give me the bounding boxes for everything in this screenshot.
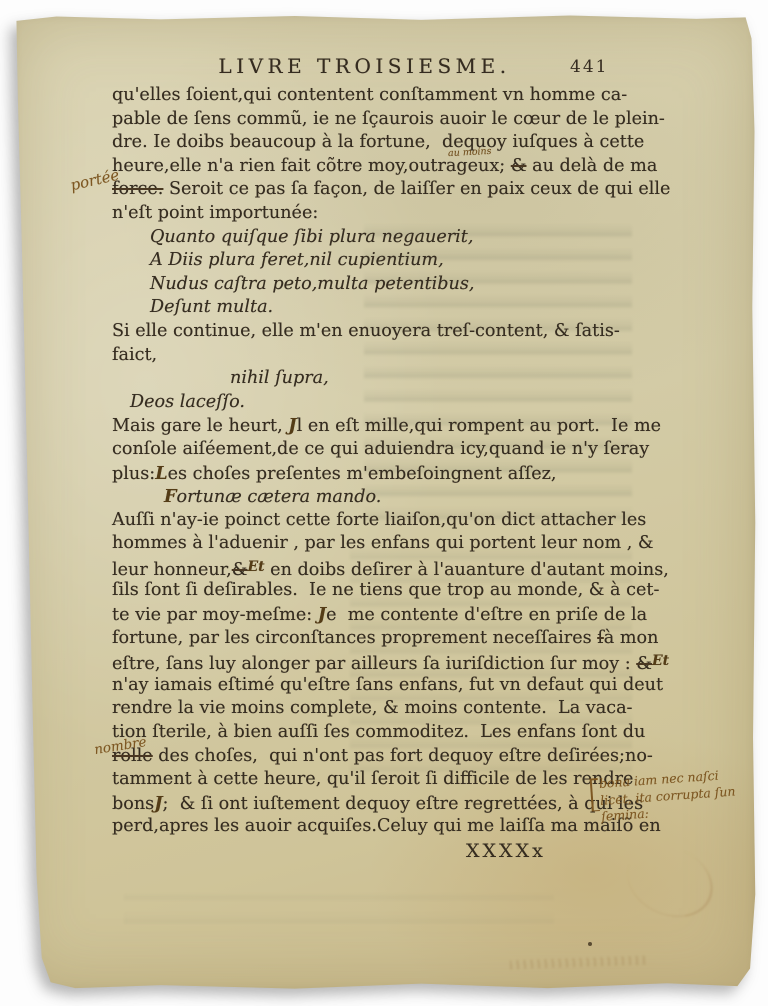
line-segment: eſtre, ſans luy alonger par ailleurs ſa … xyxy=(112,654,636,674)
line-segment: ortunæ cætera mando. xyxy=(177,487,382,507)
handwritten-correction: J xyxy=(154,793,162,814)
body-line: Auſſi n'ay-ie poinct cette forte liaiſon… xyxy=(112,509,624,533)
line-segment: bons xyxy=(112,794,154,814)
body-line: pable de ſens commũ, ie ne ſçaurois auoi… xyxy=(112,108,624,132)
ink-speck xyxy=(588,942,592,946)
handwritten-correction: Et xyxy=(247,559,264,575)
handwritten-correction: L xyxy=(155,463,167,484)
verso-bleedthrough xyxy=(124,894,554,934)
line-segment: à mon xyxy=(604,628,659,648)
handwritten-correction: J xyxy=(318,604,326,625)
gathering-signature: XXXXx xyxy=(466,840,624,864)
book-page: LIVRE TROISIESME. 441 qu'elles ſoient,qu… xyxy=(12,14,756,992)
running-header: LIVRE TROISIESME. 441 xyxy=(112,54,617,80)
faint-edge-scribble xyxy=(510,956,648,970)
body-line: force. Seroit ce pas ſa façon, de laiſſe… xyxy=(112,178,624,202)
line-segment: plus: xyxy=(112,464,155,484)
line-segment: e me contente d'eſtre en priſe de la xyxy=(326,605,647,625)
latin-verse-line: Deos laceſſo. xyxy=(112,391,624,415)
body-line: bonsJ; & ſi ont iuſtement dequoy eſtre r… xyxy=(112,792,624,816)
body-line: tion ſterile, à bien auſſi ſes commodite… xyxy=(112,721,624,745)
body-line: tamment à cette heure, qu'il ſeroit ſi d… xyxy=(112,768,624,792)
body-line: rendre la vie moins complete, & moins co… xyxy=(112,697,624,721)
body-line: conſole aiſéement,de ce qui aduiendra ic… xyxy=(112,438,624,462)
body-line: dre. Ie doibs beaucoup à la fortune, deq… xyxy=(112,131,624,155)
body-line: ſils ſont ſi deſirables. Ie ne tiens que… xyxy=(112,579,624,603)
body-line: Si elle continue, elle m'en enuoyera tre… xyxy=(112,320,624,344)
body-line: heure,elle n'a rien fait cõtre moy,outra… xyxy=(112,155,624,179)
line-segment: en doibs deſirer à l'auanture d'autant m… xyxy=(265,560,669,580)
scanned-book-photo: LIVRE TROISIESME. 441 qu'elles ſoient,qu… xyxy=(0,0,768,1006)
latin-verse-line: Fortunæ cætera mando. xyxy=(112,485,624,509)
line-segment: leur honneur, xyxy=(112,560,232,580)
handwritten-correction: J xyxy=(288,415,296,436)
line-segment: l en eſt mille,qui rompent au port. Ie m… xyxy=(297,416,661,436)
body-line: rolle des choſes, qui n'ont pas fort deq… xyxy=(112,745,624,769)
line-segment: ; & ſi ont iuſtement dequoy eſtre regret… xyxy=(163,794,644,814)
body-line: faict, xyxy=(112,344,624,368)
margin-annotation-latin: bona iam nec naſci licet, ita corrupta ſ… xyxy=(598,764,768,825)
line-segment: Seroit ce pas ſa façon, de laiſſer en pa… xyxy=(163,179,670,199)
latin-verse-line: Nudus caſtra peto,multa petentibus, xyxy=(112,273,624,297)
struck-word: & xyxy=(636,654,652,674)
latin-verse-line: Deſunt multa. xyxy=(112,296,624,320)
line-segment: Mais gare le heurt, xyxy=(112,416,288,436)
page-number: 441 xyxy=(570,57,608,77)
struck-word: & xyxy=(232,560,248,580)
faint-pen-flourish xyxy=(616,833,724,930)
body-line: perd,apres les auoir acquiſes.Celuy qui … xyxy=(112,815,624,839)
body-line: qu'elles ſoient,qui contentent conſtamme… xyxy=(112,84,624,108)
line-segment: des choſes, qui n'ont pas fort dequoy eſ… xyxy=(153,746,653,766)
printed-text-block: qu'elles ſoient,qui contentent conſtamme… xyxy=(112,84,624,864)
handwritten-correction: Et xyxy=(652,653,669,669)
body-line: hommes à l'aduenir , par les enfans qui … xyxy=(112,532,624,556)
body-line: eſtre, ſans luy alonger par ailleurs ſa … xyxy=(112,650,624,674)
line-segment: fortune, par les circonſtances propremen… xyxy=(112,628,597,648)
latin-verse-line: Quanto quiſque ſibi plura negauerit, xyxy=(112,226,624,250)
line-segment: es choſes preſentes m'embeſoingnent aſſe… xyxy=(168,464,557,484)
body-line: Mais gare le heurt, Jl en eſt mille,qui … xyxy=(112,414,624,438)
body-line: leur honneur,&Et en doibs deſirer à l'au… xyxy=(112,556,624,580)
latin-verse-line: nihil ſupra, xyxy=(112,367,624,391)
body-line: fortune, par les circonſtances propremen… xyxy=(112,627,624,651)
line-segment: te vie par moy-meſme: xyxy=(112,605,318,625)
line-segment: au delà de ma xyxy=(527,156,658,176)
book-title: LIVRE TROISIESME. xyxy=(112,54,617,78)
latin-verse-line: A Diis plura feret,nil cupientium, xyxy=(112,249,624,273)
body-line: te vie par moy-meſme: Je me contente d'e… xyxy=(112,603,624,627)
interlinear-annotation: au moins xyxy=(448,146,492,159)
struck-word: & xyxy=(511,156,527,176)
handwritten-correction: F xyxy=(164,486,177,507)
body-line: n'eſt point importunée: xyxy=(112,202,624,226)
body-line: plus:Les choſes preſentes m'embeſoingnen… xyxy=(112,462,624,486)
body-line: n'ay iamais eſtimé qu'eſtre ſans enfans,… xyxy=(112,674,624,698)
